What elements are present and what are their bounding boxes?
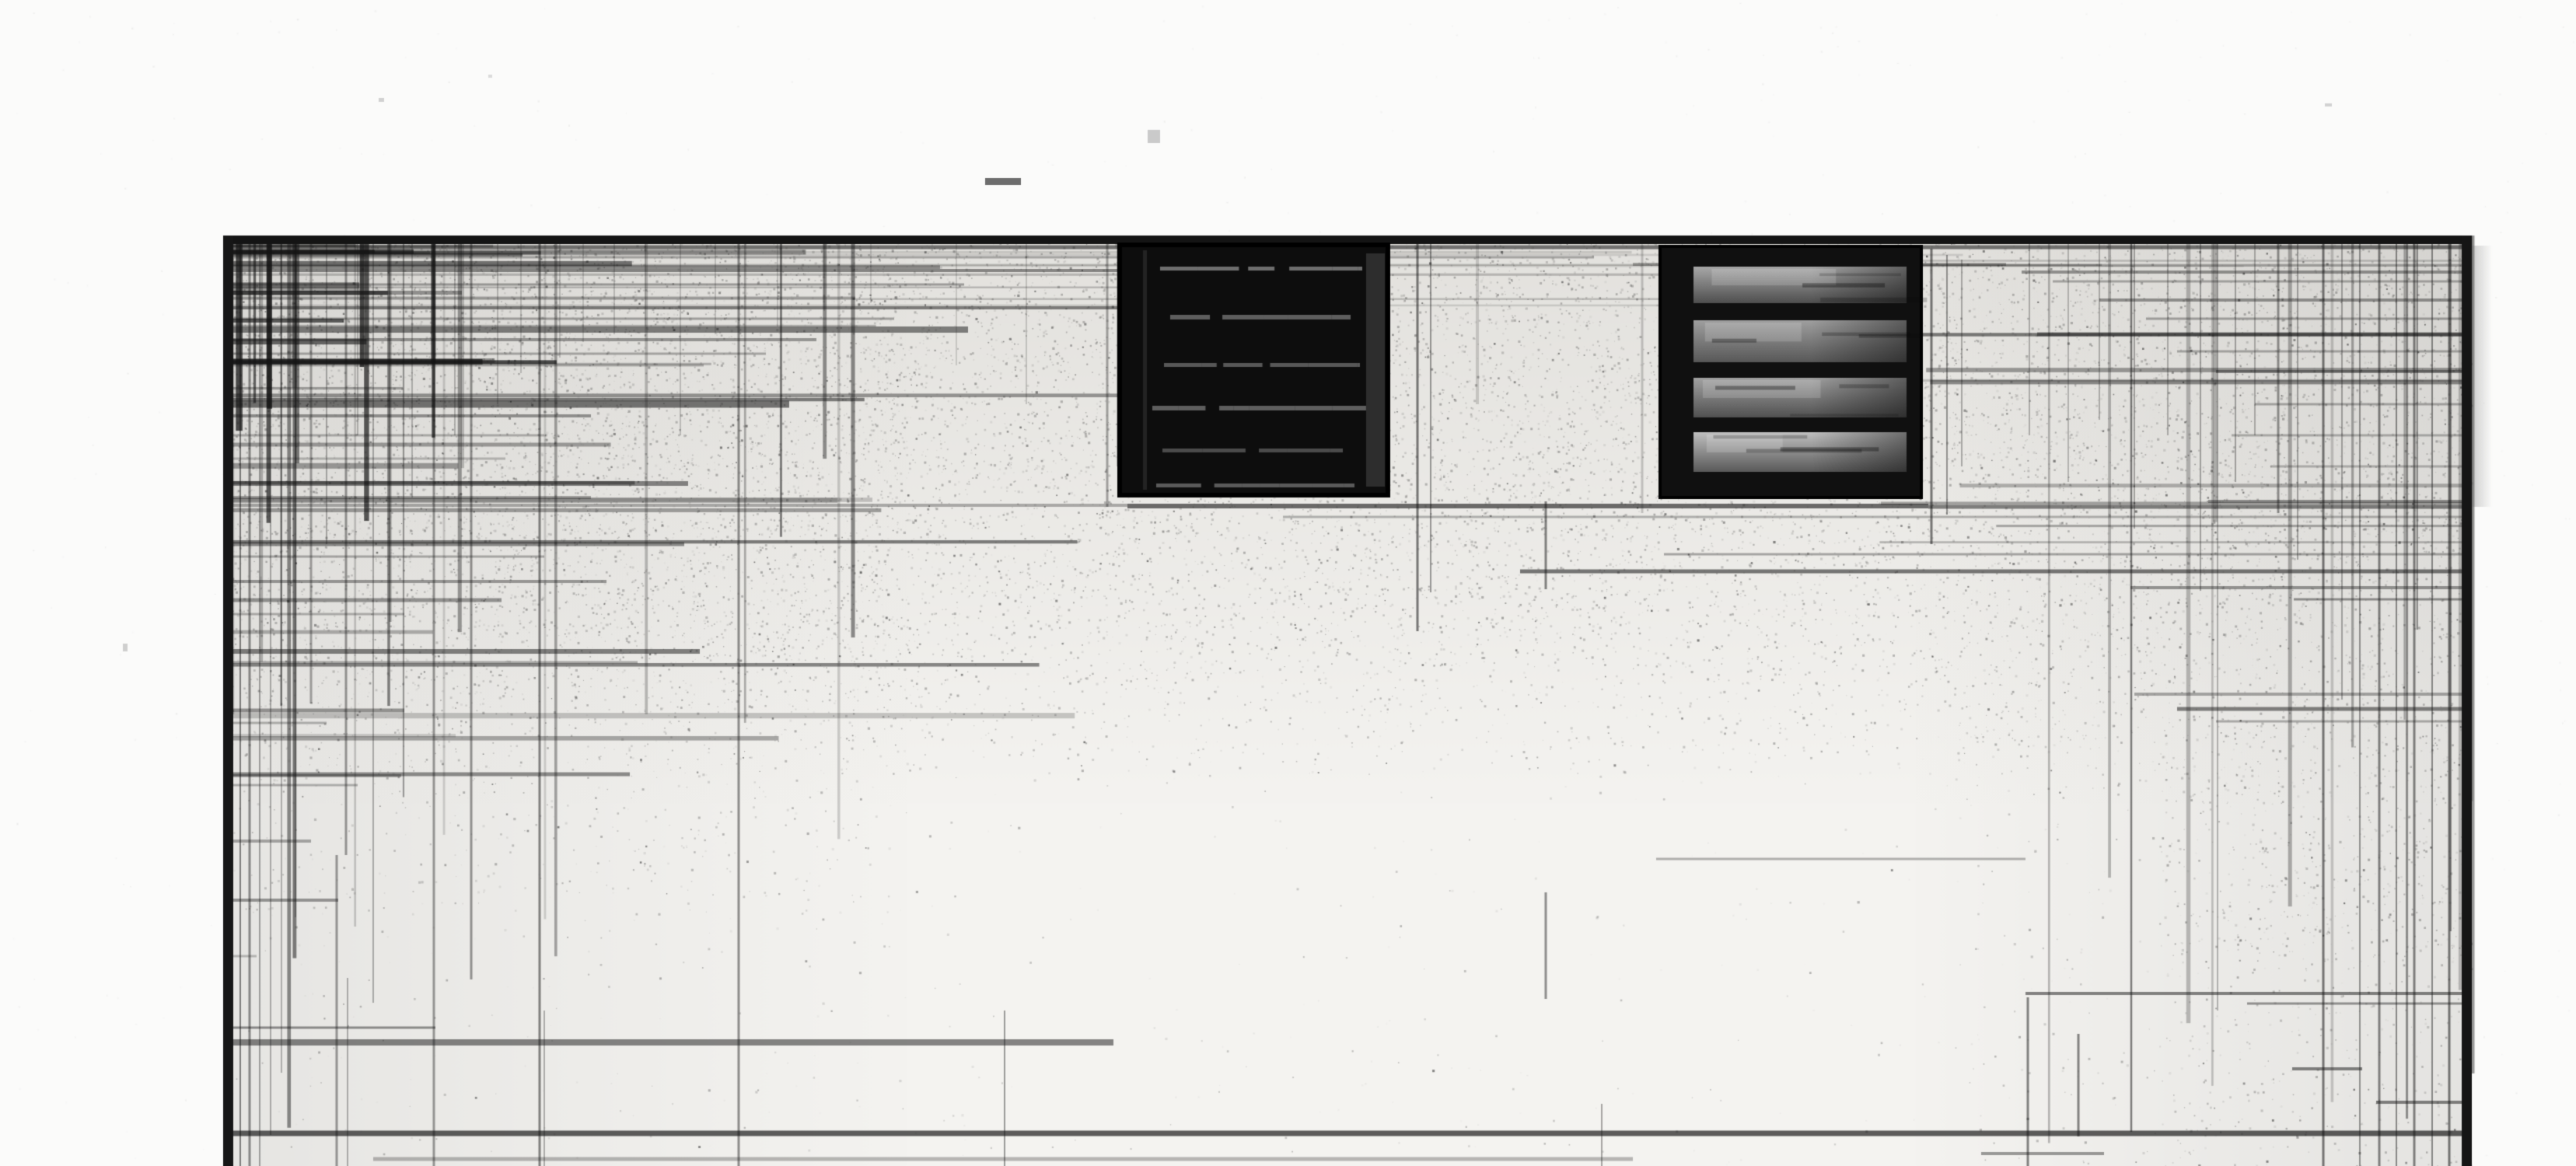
scan-noise-layer [0, 0, 2576, 1166]
scanned-photocopy-page [0, 0, 2576, 1166]
